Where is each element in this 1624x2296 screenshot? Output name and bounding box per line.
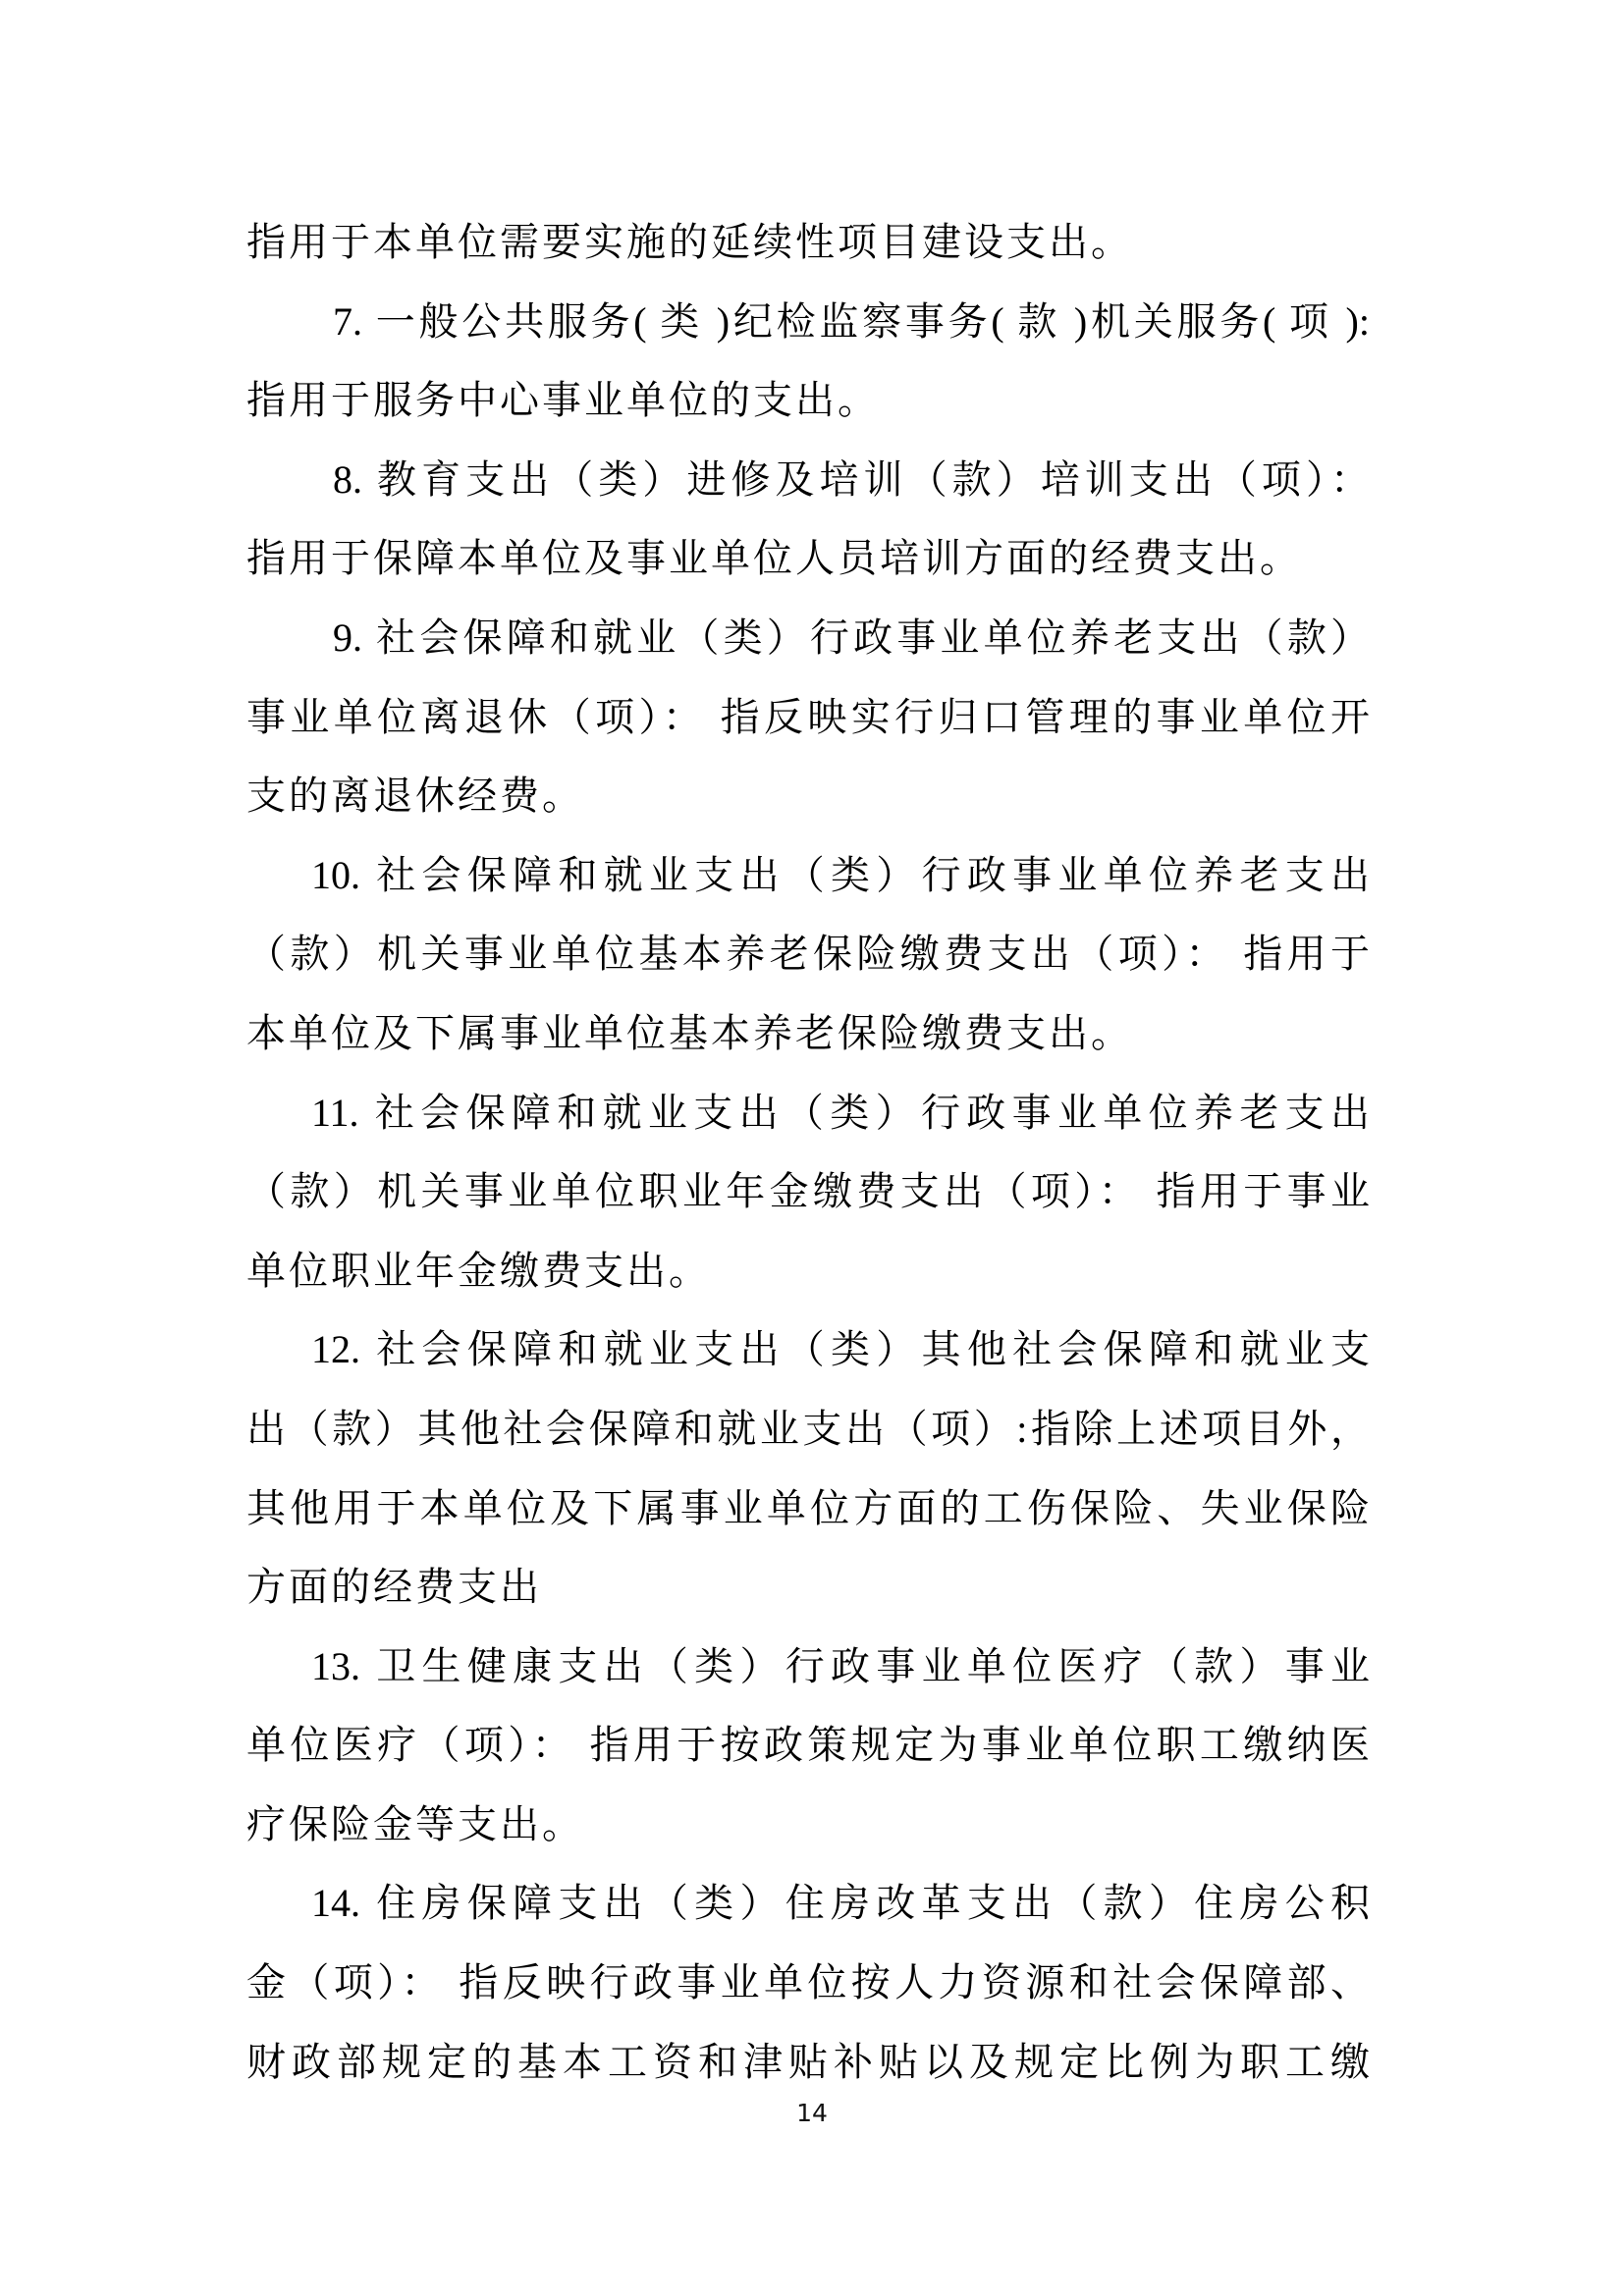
text-line: 单位医疗（项）： 指用于按政策规定为事业单位职工缴纳医 [246,1706,1370,1786]
document-page: 指用于本单位需要实施的延续性项目建设支出。7. 一般公共服务( 类 )纪检监察事… [0,0,1624,2296]
text-line: 方面的经费支出 [246,1548,1370,1628]
text-line: 10. 社会保障和就业支出（类）行政事业单位养老支出 [246,836,1370,916]
text-line: 7. 一般公共服务( 类 )纪检监察事务( 款 )机关服务( 项 ): [246,283,1370,362]
text-line: 13. 卫生健康支出（类）行政事业单位医疗（款）事业 [246,1628,1370,1707]
text-block: 指用于本单位需要实施的延续性项目建设支出。7. 一般公共服务( 类 )纪检监察事… [246,203,1370,2102]
text-line: 事业单位离退休（项）： 指反映实行归口管理的事业单位开 [246,678,1370,758]
text-line: 指用于保障本单位及事业单位人员培训方面的经费支出。 [246,519,1370,599]
text-line: （款）机关事业单位职业年金缴费支出（项）： 指用于事业 [246,1152,1370,1232]
text-line: 12. 社会保障和就业支出（类）其他社会保障和就业支 [246,1310,1370,1390]
text-line: 11. 社会保障和就业支出（类）行政事业单位养老支出 [246,1074,1370,1153]
text-line: 9. 社会保障和就业（类）行政事业单位养老支出（款） [246,599,1370,678]
text-line: 金（项）： 指反映行政事业单位按人力资源和社会保障部、 [246,1944,1370,2023]
text-line: 支的离退休经费。 [246,757,1370,836]
text-line: 14. 住房保障支出（类）住房改革支出（款）住房公积 [246,1864,1370,1944]
text-line: 其他用于本单位及下属事业单位方面的工伤保险、失业保险 [246,1469,1370,1549]
text-line: 财政部规定的基本工资和津贴补贴以及规定比例为职工缴 [246,2023,1370,2103]
text-line: （款）机关事业单位基本养老保险缴费支出（项）： 指用于 [246,915,1370,994]
text-line: 指用于本单位需要实施的延续性项目建设支出。 [246,203,1370,283]
text-line: 单位职业年金缴费支出。 [246,1232,1370,1311]
text-line: 出（款）其他社会保障和就业支出（项）:指除上述项目外， [246,1390,1370,1469]
text-line: 疗保险金等支出。 [246,1786,1370,1865]
text-line: 指用于服务中心事业单位的支出。 [246,361,1370,441]
page-number: 14 [0,2099,1624,2128]
text-line: 8. 教育支出（类）进修及培训（款）培训支出（项）： [246,441,1370,520]
text-line: 本单位及下属事业单位基本养老保险缴费支出。 [246,994,1370,1074]
